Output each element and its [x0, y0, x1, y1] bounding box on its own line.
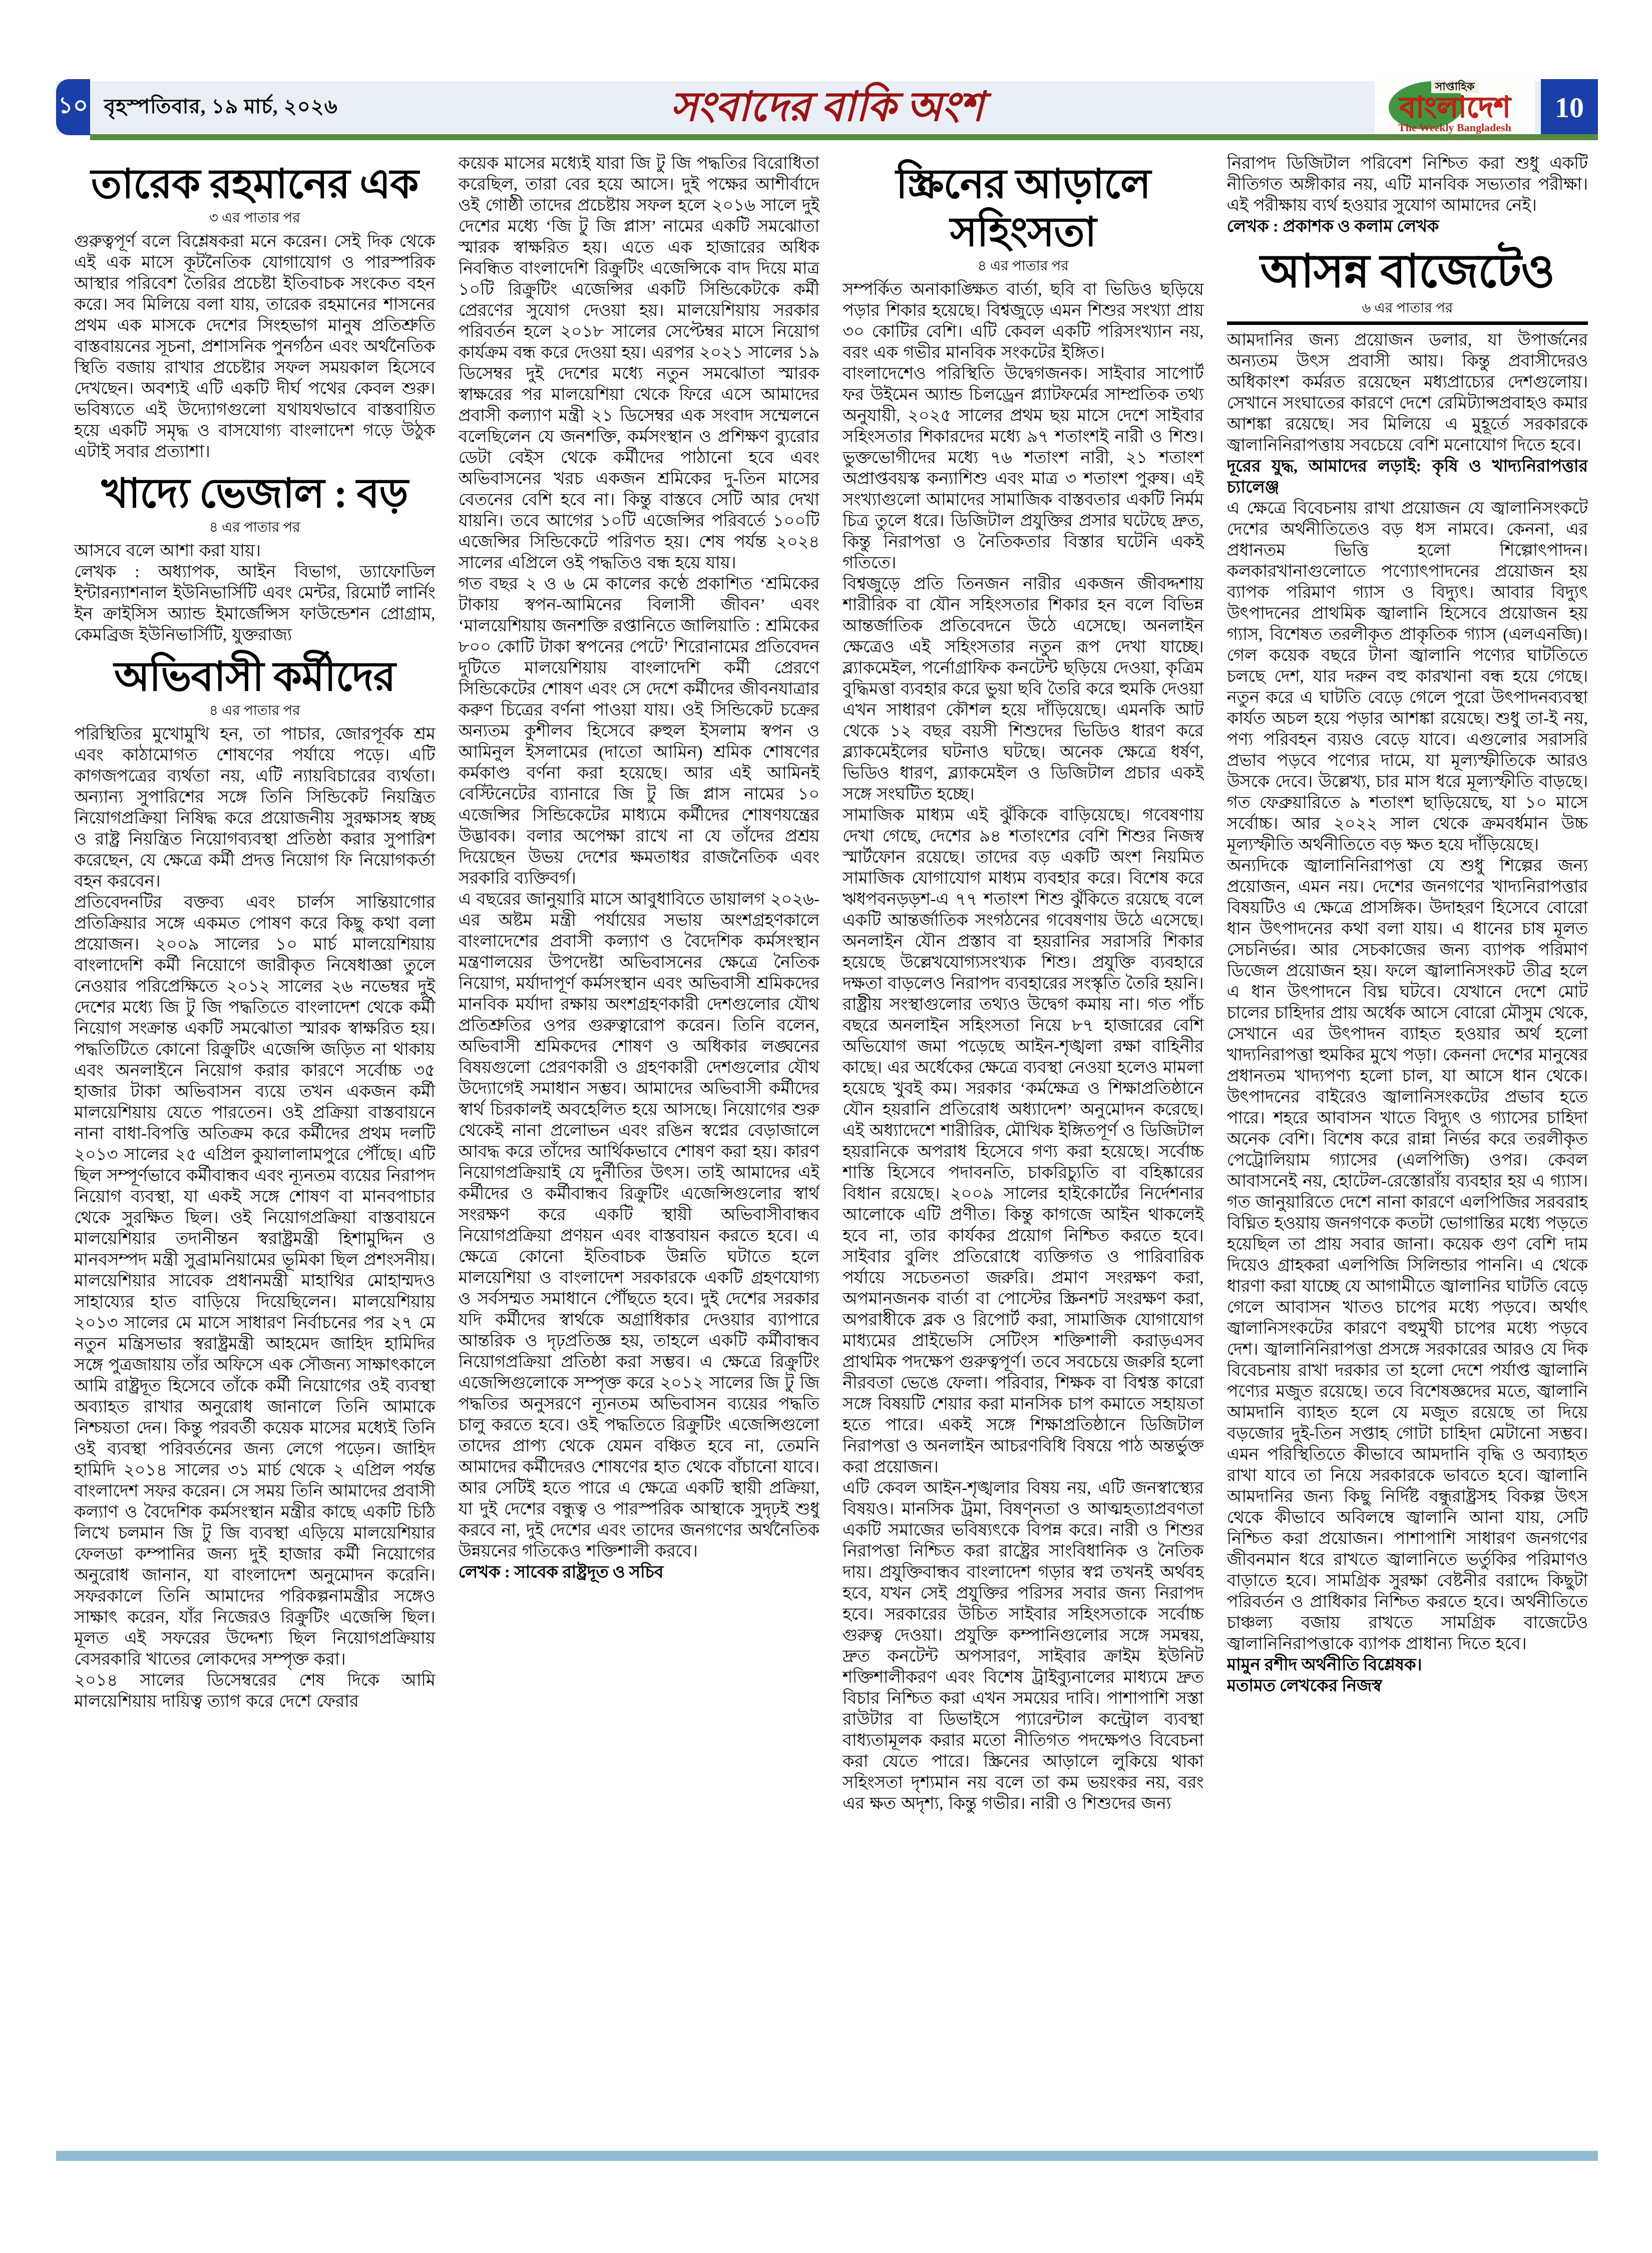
article-4-paragraph: সামাজিক মাধ্যম এই ঝুঁকিকে বাড়িয়েছে। গব… — [843, 805, 1204, 1478]
article-4-paragraph: এটি কেবল আইন-শৃঙ্খলার বিষয় নয়, এটি জনস… — [843, 1478, 1204, 1814]
article-4-paragraph: সম্পর্কিত অনাকাঙ্ক্ষিত বার্তা, ছবি বা ভি… — [843, 279, 1204, 363]
article-2-paragraph: আসবে বলে আশা করা যায়। — [74, 541, 436, 562]
article-3-paragraph: কয়েক মাসের মধ্যেই যারা জি টু জি পদ্ধতির… — [459, 153, 820, 574]
article-5-paragraph: এ ক্ষেত্রে বিবেচনায় রাখা প্রয়োজন যে জ্… — [1227, 498, 1588, 856]
newspaper-logo: সাপ্তাহিক বাংলাদেশ The Weekly Bangladesh — [1375, 78, 1535, 136]
article-4-paragraph: বাংলাদেশেও পরিস্থিতি উদ্বেগজনক। সাইবার স… — [843, 363, 1204, 574]
page-number-box: 10 — [1541, 79, 1598, 135]
article-3-continuation: ৪ এর পাতার পর — [74, 701, 436, 721]
article-5-paragraph: আমদানির জন্য প্রয়োজন ডলার, যা উপার্জনের… — [1227, 330, 1588, 456]
article-5-continuation: ৬ এর পাতার পর — [1227, 298, 1588, 318]
article-3-headline: অভিবাসী কর্মীদের — [74, 653, 436, 701]
article-2-continuation: ৪ এর পাতার পর — [74, 518, 436, 538]
article-2-author-note: লেখক : অধ্যাপক, আইন বিভাগ, ড্যাফোডিল ইন্… — [74, 562, 436, 646]
header-divider — [90, 134, 1598, 140]
column-2: কয়েক মাসের মধ্যেই যারা জি টু জি পদ্ধতির… — [459, 153, 820, 2146]
footer-divider — [56, 2151, 1598, 2161]
article-columns: তারেক রহমানের এক ৩ এর পাতার পর গুরুত্বপূ… — [74, 153, 1588, 2146]
issue-date: বৃহস্পতিবার, ১৯ মার্চ, ২০২৬ — [104, 91, 338, 124]
page-number-badge: ১০ — [56, 79, 90, 135]
article-3-paragraph: ২০১৪ সালের ডিসেম্বরের শেষ দিকে আমি মালয়… — [74, 1670, 436, 1712]
article-1-paragraph: গুরুত্বপূর্ণ বলে বিশ্লেষকরা মনে করেন। সে… — [74, 231, 436, 463]
article-4-paragraph: বিশ্বজুড়ে প্রতি তিনজন নারীর একজন জীবদ্দ… — [843, 574, 1204, 805]
logo-subtitle: The Weekly Bangladesh — [1398, 121, 1511, 134]
article-5-paragraph: অন্যদিকে জ্বালানিনিরাপত্তা যে শুধু শিল্প… — [1227, 856, 1588, 1655]
article-5-byline: মামুন রশীদ অর্থনীতি বিশ্লেষক। — [1227, 1655, 1588, 1676]
article-4-headline: স্ক্রিনের আড়ালে সহিংসতা — [843, 160, 1204, 256]
article-3-paragraph: প্রতিবেদনটির বক্তব্য এবং চার্লস সান্তিয়… — [74, 892, 436, 1670]
column-3: স্ক্রিনের আড়ালে সহিংসতা ৪ এর পাতার পর স… — [843, 153, 1204, 2146]
article-5-subhead: দূরের যুদ্ধ, আমাদের লড়াই: কৃষি ও খাদ্যন… — [1227, 456, 1588, 498]
page-number-bengali: ১০ — [58, 88, 88, 126]
article-3-paragraph: গত বছর ২ ও ৬ মে কালের কণ্ঠে প্রকাশিত ‘শ্… — [459, 574, 820, 889]
article-5-headline: আসন্ন বাজেটেও — [1227, 244, 1588, 298]
logo-title: বাংলাদেশ — [1399, 93, 1510, 121]
article-4-byline: লেখক : প্রকাশক ও কলাম লেখক — [1227, 216, 1588, 237]
newspaper-page: ১০ বৃহস্পতিবার, ১৯ মার্চ, ২০২৬ সংবাদের ব… — [0, 0, 1652, 2253]
article-3-byline: লেখক : সাবেক রাষ্ট্রদূত ও সচিব — [459, 1562, 820, 1583]
header-band: ১০ বৃহস্পতিবার, ১৯ মার্চ, ২০২৬ সংবাদের ব… — [56, 81, 1598, 133]
article-4-paragraph: নিরাপদ ডিজিটাল পরিবেশ নিশ্চিত করা শুধু এ… — [1227, 153, 1588, 216]
section-masthead: সংবাদের বাকি অংশ — [670, 82, 984, 132]
page-number-english: 10 — [1555, 91, 1584, 124]
column-4: নিরাপদ ডিজিটাল পরিবেশ নিশ্চিত করা শুধু এ… — [1227, 153, 1588, 2146]
article-5-top-rule — [1227, 321, 1588, 325]
article-1-continuation: ৩ এর পাতার পর — [74, 208, 436, 228]
article-2-headline: খাদ্যে ভেজাল : বড় — [74, 470, 436, 518]
article-5-footnote: মতামত লেখকের নিজস্ব — [1227, 1676, 1588, 1697]
article-4-continuation: ৪ এর পাতার পর — [843, 256, 1204, 276]
article-3-paragraph: এ বছরের জানুয়ারি মাসে আবুধাবিতে ডায়ালগ… — [459, 889, 820, 1562]
column-1: তারেক রহমানের এক ৩ এর পাতার পর গুরুত্বপূ… — [74, 153, 436, 2146]
article-3-paragraph: পরিস্থিতির মুখোমুখি হন, তা পাচার, জোরপূর… — [74, 724, 436, 892]
article-1-headline: তারেক রহমানের এক — [74, 160, 436, 208]
